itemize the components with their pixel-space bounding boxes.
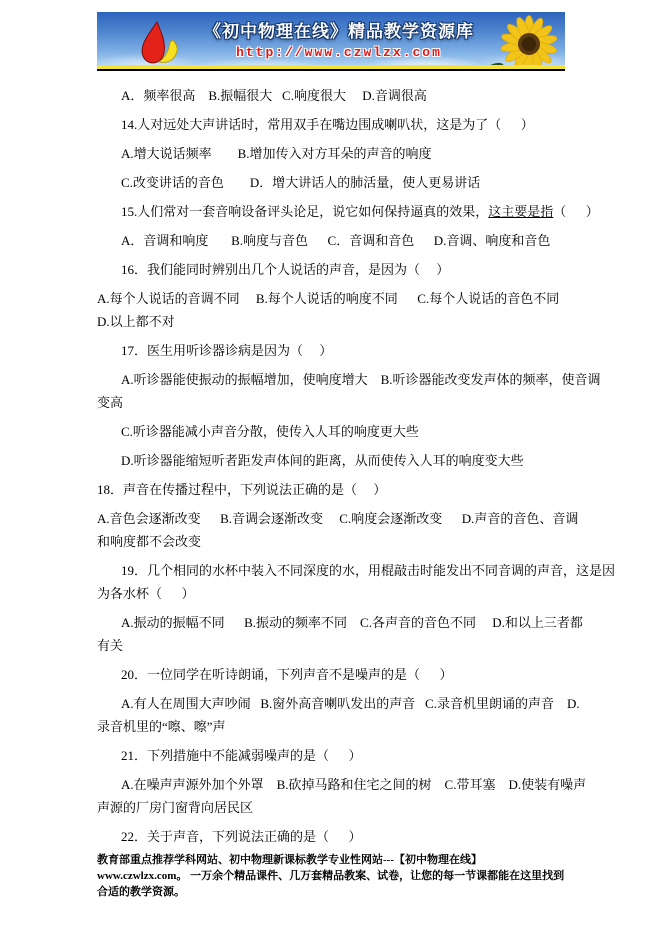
line-text: 20．一位同学在听诗朗诵，下列声音不是噪声的是（ ）: [121, 667, 453, 682]
doc-line: D.以上都不对: [97, 310, 575, 333]
line-text: C.改变讲话的音色 D．增大讲话人的肺活量，使人更易讲话: [121, 175, 480, 190]
line-text: A.在噪声声源外加个外罩 B.砍掉马路和住宅之间的树 C.带耳塞 D.使装有噪声: [121, 777, 586, 792]
line-text: 18．声音在传播过程中，下列说法正确的是（ ）: [97, 482, 386, 497]
doc-line: A.有人在周围大声吵闹 B.窗外高音喇叭发出的声音 C.录音机里朗诵的声音 D.: [97, 692, 575, 715]
doc-line: A.增大说话频率 B.增加传入对方耳朵的声音的响度: [97, 142, 575, 165]
doc-line: A．频率很高 B.振幅很大 C.响度很大 D.音调很高: [97, 84, 575, 107]
flame-logo-icon: [133, 20, 185, 68]
line-text: A．音调和响度 B.响度与音色 C．音调和音色 D.音调、响度和音色: [121, 233, 550, 248]
doc-line: 19．几个相同的水杯中装入不同深度的水，用棍敲击时能发出不同音调的声音，这是因: [97, 559, 575, 582]
doc-line: 20．一位同学在听诗朗诵，下列声音不是噪声的是（ ）: [97, 663, 575, 686]
doc-line: 22．关于声音，下列说法正确的是（ ）: [97, 825, 575, 848]
line-text: 17．医生用听诊器诊病是因为（ ）: [121, 343, 332, 358]
line-text: 15.人们常对一套音响设备评头论足，说它如何保持逼真的效果，: [121, 204, 488, 219]
line-text: 16．我们能同时辨别出几个人说话的声音，是因为（ ）: [121, 262, 449, 277]
line-text: 22．关于声音，下列说法正确的是（ ）: [121, 829, 362, 844]
doc-line: 16．我们能同时辨别出几个人说话的声音，是因为（ ）: [97, 258, 575, 281]
doc-line: 17．医生用听诊器诊病是因为（ ）: [97, 339, 575, 362]
doc-line: A.在噪声声源外加个外罩 B.砍掉马路和住宅之间的树 C.带耳塞 D.使装有噪声: [97, 773, 575, 796]
line-text: C.听诊器能减小声音分散，使传入人耳的响度更大些: [121, 424, 419, 439]
line-text: A.听诊器能使振动的振幅增加，使响度增大 B.听诊器能改变发声体的频率，使音调: [121, 372, 601, 387]
divider: [97, 69, 565, 71]
doc-line: A.听诊器能使振动的振幅增加，使响度增大 B.听诊器能改变发声体的频率，使音调: [97, 368, 575, 391]
line-text: A.音色会逐渐改变 B.音调会逐渐改变 C.响度会逐渐改变 D.声音的音色、音调: [97, 511, 578, 526]
doc-line: C.听诊器能减小声音分散，使传入人耳的响度更大些: [97, 420, 575, 443]
line-text: 21．下列措施中不能减弱噪声的是（ ）: [121, 748, 362, 763]
doc-line: 18．声音在传播过程中，下列说法正确的是（ ）: [97, 478, 575, 501]
doc-line: A.音色会逐渐改变 B.音调会逐渐改变 C.响度会逐渐改变 D.声音的音色、音调: [97, 507, 575, 530]
site-banner: 《初中物理在线》精品教学资源库 http://www.czwlzx.com: [97, 12, 565, 69]
line-text: （ ）: [553, 204, 599, 219]
line-text: A.有人在周围大声吵闹 B.窗外高音喇叭发出的声音 C.录音机里朗诵的声音 D.: [121, 696, 580, 711]
doc-line: 声源的厂房门窗背向居民区: [97, 796, 575, 819]
line-text: 14.人对远处大声讲话时，常用双手在嘴边围成喇叭状，这是为了（ ）: [121, 117, 534, 132]
line-text: 有关: [97, 638, 123, 653]
doc-line: C.改变讲话的音色 D．增大讲话人的肺活量，使人更易讲话: [97, 171, 575, 194]
doc-line: 录音机里的“嚓、嚓”声: [97, 715, 575, 738]
doc-line: 21．下列措施中不能减弱噪声的是（ ）: [97, 744, 575, 767]
banner-title: 《初中物理在线》精品教学资源库: [197, 17, 481, 42]
doc-line: D.听诊器能缩短听者距发声体间的距离，从而使传入人耳的响度变大些: [97, 449, 575, 472]
line-text: D.听诊器能缩短听者距发声体间的距离，从而使传入人耳的响度变大些: [121, 453, 524, 468]
doc-line: 15.人们常对一套音响设备评头论足，说它如何保持逼真的效果，这主要是指（ ）: [97, 200, 575, 223]
doc-line: 变高: [97, 391, 575, 414]
doc-line: A.每个人说话的音调不同 B.每个人说话的响度不同 C.每个人说话的音色不同: [97, 287, 575, 310]
question-text-block: A．频率很高 B.振幅很大 C.响度很大 D.音调很高14.人对远处大声讲话时，…: [97, 84, 575, 854]
line-text: 和响度都不会改变: [97, 534, 201, 549]
line-text: A.增大说话频率 B.增加传入对方耳朵的声音的响度: [121, 146, 432, 161]
line-text: 为各水杯（ ）: [97, 586, 195, 601]
line-text: 19．几个相同的水杯中装入不同深度的水，用棍敲击时能发出不同音调的声音，这是因: [121, 563, 615, 578]
line-text: D.以上都不对: [97, 314, 175, 329]
line-text: A.每个人说话的音调不同 B.每个人说话的响度不同 C.每个人说话的音色不同: [97, 291, 559, 306]
line-text: 变高: [97, 395, 123, 410]
line-text: A．频率很高 B.振幅很大 C.响度很大 D.音调很高: [121, 88, 427, 103]
line-text: A.振动的振幅不同 B.振动的频率不同 C.各声音的音色不同 D.和以上三者都: [121, 615, 583, 630]
doc-line: 为各水杯（ ）: [97, 582, 575, 605]
banner-url: http://www.czwlzx.com: [197, 45, 481, 60]
doc-line: A．音调和响度 B.响度与音色 C．音调和音色 D.音调、响度和音色: [97, 229, 575, 252]
doc-line: 有关: [97, 634, 575, 657]
doc-line: A.振动的振幅不同 B.振动的频率不同 C.各声音的音色不同 D.和以上三者都: [97, 611, 575, 634]
doc-line: 14.人对远处大声讲话时，常用双手在嘴边围成喇叭状，这是为了（ ）: [97, 113, 575, 136]
underlined-text: 这主要是指: [488, 204, 553, 219]
line-text: 声源的厂房门窗背向居民区: [97, 800, 253, 815]
line-text: 录音机里的“嚓、嚓”声: [97, 719, 226, 734]
sunflower-icon: [485, 12, 563, 69]
page-footer: 教育部重点推荐学科网站、初中物理新课标教学专业性网站---【初中物理在线】www…: [97, 852, 571, 900]
doc-line: 和响度都不会改变: [97, 530, 575, 553]
